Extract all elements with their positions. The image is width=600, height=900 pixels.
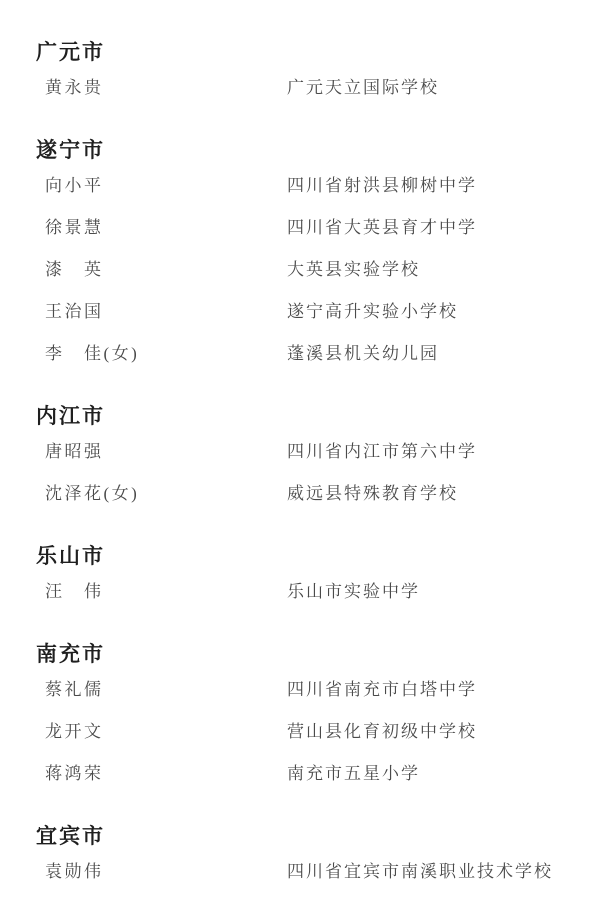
teacher-name: 漆 英 bbox=[45, 260, 287, 280]
school-name: 四川省大英县育才中学 bbox=[287, 218, 477, 238]
school-name: 营山县化育初级中学校 bbox=[287, 722, 477, 742]
table-row: 蔡礼儒 四川省南充市白塔中学 bbox=[36, 669, 580, 711]
city-header: 遂宁市 bbox=[36, 140, 580, 162]
teacher-name: 龙开文 bbox=[45, 722, 287, 742]
table-row: 汪 伟 乐山市实验中学 bbox=[36, 571, 580, 613]
school-name: 乐山市实验中学 bbox=[287, 582, 420, 602]
city-section: 南充市 蔡礼儒 四川省南充市白塔中学 龙开文 营山县化育初级中学校 蒋鸿荣 南充… bbox=[36, 644, 580, 795]
table-row: 唐昭强 四川省内江市第六中学 bbox=[36, 431, 580, 473]
school-name: 大英县实验学校 bbox=[287, 260, 420, 280]
school-name: 遂宁高升实验小学校 bbox=[287, 302, 458, 322]
document-page: 广元市 黄永贵 广元天立国际学校 遂宁市 向小平 四川省射洪县柳树中学 徐景慧 … bbox=[0, 0, 600, 900]
entry-list: 唐昭强 四川省内江市第六中学 沈泽花(女) 威远县特殊教育学校 bbox=[36, 431, 580, 515]
city-section: 宜宾市 袁勋伟 四川省宜宾市南溪职业技术学校 bbox=[36, 826, 580, 893]
teacher-name: 蔡礼儒 bbox=[45, 680, 287, 700]
entry-list: 蔡礼儒 四川省南充市白塔中学 龙开文 营山县化育初级中学校 蒋鸿荣 南充市五星小… bbox=[36, 669, 580, 795]
table-row: 沈泽花(女) 威远县特殊教育学校 bbox=[36, 473, 580, 515]
school-name: 广元天立国际学校 bbox=[287, 78, 439, 98]
table-row: 蒋鸿荣 南充市五星小学 bbox=[36, 753, 580, 795]
city-header: 广元市 bbox=[36, 42, 580, 64]
entry-list: 黄永贵 广元天立国际学校 bbox=[36, 67, 580, 109]
school-name: 四川省射洪县柳树中学 bbox=[287, 176, 477, 196]
table-row: 袁勋伟 四川省宜宾市南溪职业技术学校 bbox=[36, 851, 580, 893]
city-section: 遂宁市 向小平 四川省射洪县柳树中学 徐景慧 四川省大英县育才中学 漆 英 大英… bbox=[36, 140, 580, 375]
teacher-name: 沈泽花(女) bbox=[45, 484, 287, 504]
teacher-name: 徐景慧 bbox=[45, 218, 287, 238]
school-name: 四川省内江市第六中学 bbox=[287, 442, 477, 462]
entry-list: 汪 伟 乐山市实验中学 bbox=[36, 571, 580, 613]
city-section: 内江市 唐昭强 四川省内江市第六中学 沈泽花(女) 威远县特殊教育学校 bbox=[36, 406, 580, 515]
city-section: 乐山市 汪 伟 乐山市实验中学 bbox=[36, 546, 580, 613]
teacher-name: 蒋鸿荣 bbox=[45, 764, 287, 784]
entry-list: 向小平 四川省射洪县柳树中学 徐景慧 四川省大英县育才中学 漆 英 大英县实验学… bbox=[36, 165, 580, 375]
teacher-name: 黄永贵 bbox=[45, 78, 287, 98]
teacher-name: 向小平 bbox=[45, 176, 287, 196]
table-row: 龙开文 营山县化育初级中学校 bbox=[36, 711, 580, 753]
city-section: 广元市 黄永贵 广元天立国际学校 bbox=[36, 42, 580, 109]
city-header: 南充市 bbox=[36, 644, 580, 666]
school-name: 威远县特殊教育学校 bbox=[287, 484, 458, 504]
table-row: 向小平 四川省射洪县柳树中学 bbox=[36, 165, 580, 207]
table-row: 黄永贵 广元天立国际学校 bbox=[36, 67, 580, 109]
school-name: 四川省宜宾市南溪职业技术学校 bbox=[287, 862, 553, 882]
table-row: 王治国 遂宁高升实验小学校 bbox=[36, 291, 580, 333]
table-row: 徐景慧 四川省大英县育才中学 bbox=[36, 207, 580, 249]
teacher-name: 袁勋伟 bbox=[45, 862, 287, 882]
city-header: 内江市 bbox=[36, 406, 580, 428]
table-row: 漆 英 大英县实验学校 bbox=[36, 249, 580, 291]
teacher-name: 汪 伟 bbox=[45, 582, 287, 602]
city-header: 乐山市 bbox=[36, 546, 580, 568]
city-header: 宜宾市 bbox=[36, 826, 580, 848]
city-sections: 广元市 黄永贵 广元天立国际学校 遂宁市 向小平 四川省射洪县柳树中学 徐景慧 … bbox=[36, 42, 580, 893]
school-name: 蓬溪县机关幼儿园 bbox=[287, 344, 439, 364]
teacher-name: 王治国 bbox=[45, 302, 287, 322]
entry-list: 袁勋伟 四川省宜宾市南溪职业技术学校 bbox=[36, 851, 580, 893]
school-name: 南充市五星小学 bbox=[287, 764, 420, 784]
teacher-name: 李 佳(女) bbox=[45, 344, 287, 364]
school-name: 四川省南充市白塔中学 bbox=[287, 680, 477, 700]
table-row: 李 佳(女) 蓬溪县机关幼儿园 bbox=[36, 333, 580, 375]
teacher-name: 唐昭强 bbox=[45, 442, 287, 462]
